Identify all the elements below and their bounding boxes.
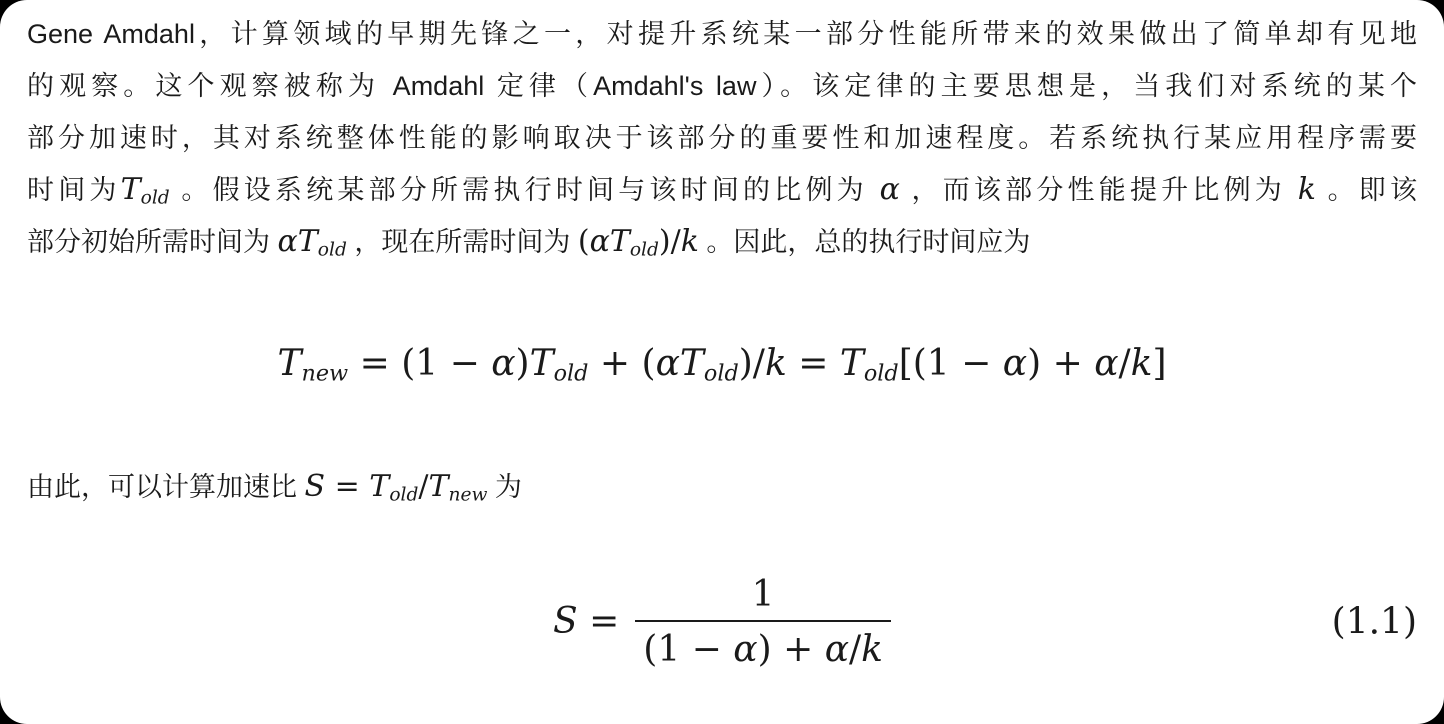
text-run: 的观察。这个观察被称为 Amdahl 定律（Amdahl's law）。该定律的… <box>27 71 1417 101</box>
equation-tnew-math: Tnew = (1 − α)Told + (αTold)/k = Told[(1… <box>277 346 1166 382</box>
text-run: ，现在所需时间为 <box>347 227 578 257</box>
text-line: 时间为Told 。假设系统某部分所需执行时间与该时间的比例为 α ，而该部分性能… <box>27 164 1417 216</box>
text-run: 时间为 <box>27 175 121 205</box>
equation-number: (1.1) <box>1332 602 1417 643</box>
equation-speedup-math: S = 1 (1 − α) + α/k <box>553 573 891 671</box>
fraction: 1 (1 − α) + α/k <box>635 573 891 671</box>
text-run: ，而该部分性能提升比例为 <box>900 175 1298 205</box>
text-line: Gene Amdahl，计算领域的早期先锋之一，对提升系统某一部分性能所带来的效… <box>27 8 1417 60</box>
inline-math: k <box>1298 172 1316 207</box>
text-run: 部分初始所需时间为 <box>27 227 278 257</box>
equation-speedup: S = 1 (1 − α) + α/k (1.1) <box>27 573 1417 671</box>
text-line: 部分加速时，其对系统整体性能的影响取决于该部分的重要性和加速程度。若系统执行某应… <box>27 112 1417 164</box>
equation-speedup-lhs: S = <box>553 604 619 640</box>
text-line: 的观察。这个观察被称为 Amdahl 定律（Amdahl's law）。该定律的… <box>27 60 1417 112</box>
inline-math: S = Told/Tnew <box>305 469 488 504</box>
document-page: Gene Amdahl，计算领域的早期先锋之一，对提升系统某一部分性能所带来的效… <box>0 0 1444 724</box>
inline-math: α <box>880 172 900 207</box>
text-run: 。假设系统某部分所需执行时间与该时间的比例为 <box>170 175 880 205</box>
text-run: 。即该 <box>1316 175 1417 205</box>
text-run: 为 <box>487 472 522 502</box>
paragraph-speedup-intro: 由此，可以计算加速比 S = Told/Tnew 为 <box>27 461 1417 513</box>
text-line: 由此，可以计算加速比 S = Told/Tnew 为 <box>27 461 1417 513</box>
inline-math: Told <box>121 172 170 207</box>
text-run: Gene Amdahl，计算领域的早期先锋之一，对提升系统某一部分性能所带来的效… <box>27 19 1417 49</box>
inline-math: αTold <box>278 224 347 259</box>
text-run: 。因此，总的执行时间应为 <box>699 227 1031 257</box>
text-line: 部分初始所需时间为 αTold ，现在所需时间为 (αTold)/k 。因此，总… <box>27 216 1417 268</box>
text-run: 由此，可以计算加速比 <box>27 472 305 502</box>
fraction-denominator: (1 − α) + α/k <box>635 620 891 671</box>
inline-math: (αTold)/k <box>578 224 699 259</box>
equation-tnew: Tnew = (1 − α)Told + (αTold)/k = Told[(1… <box>27 338 1417 390</box>
text-run: 部分加速时，其对系统整体性能的影响取决于该部分的重要性和加速程度。若系统执行某应… <box>27 123 1417 153</box>
paragraph-amdahl-intro: Gene Amdahl，计算领域的早期先锋之一，对提升系统某一部分性能所带来的效… <box>27 8 1417 268</box>
fraction-numerator: 1 <box>748 573 779 620</box>
